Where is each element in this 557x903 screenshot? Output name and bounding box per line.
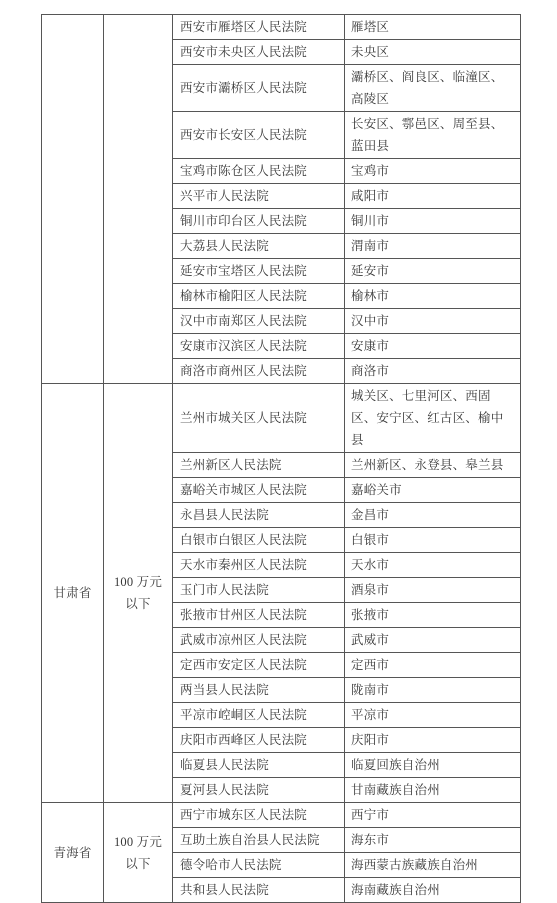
jurisdiction-region-cell: 天水市 [345, 553, 521, 578]
court-name-cell: 嘉峪关市城区人民法院 [173, 478, 345, 503]
jurisdiction-region-cell: 兰州新区、永登县、皋兰县 [345, 453, 521, 478]
court-name-cell: 安康市汉滨区人民法院 [173, 334, 345, 359]
province-cell: 青海省 [42, 803, 104, 903]
amount-threshold-line: 以下 [106, 853, 170, 875]
court-jurisdiction-table: 西安市雁塔区人民法院雁塔区西安市未央区人民法院未央区西安市灞桥区人民法院灞桥区、… [41, 14, 521, 903]
amount-threshold-cell: 100 万元以下 [104, 803, 173, 903]
table-row: 西安市雁塔区人民法院雁塔区 [42, 15, 521, 40]
jurisdiction-region-cell: 雁塔区 [345, 15, 521, 40]
jurisdiction-region-cell: 延安市 [345, 259, 521, 284]
court-name-cell: 临夏县人民法院 [173, 753, 345, 778]
jurisdiction-region-cell: 临夏回族自治州 [345, 753, 521, 778]
jurisdiction-region-cell: 酒泉市 [345, 578, 521, 603]
jurisdiction-region-cell: 西宁市 [345, 803, 521, 828]
jurisdiction-region-cell: 宝鸡市 [345, 159, 521, 184]
court-name-cell: 宝鸡市陈仓区人民法院 [173, 159, 345, 184]
jurisdiction-region-cell: 海东市 [345, 828, 521, 853]
court-name-cell: 延安市宝塔区人民法院 [173, 259, 345, 284]
table-body: 西安市雁塔区人民法院雁塔区西安市未央区人民法院未央区西安市灞桥区人民法院灞桥区、… [42, 15, 521, 903]
court-name-cell: 玉门市人民法院 [173, 578, 345, 603]
court-name-cell: 武威市凉州区人民法院 [173, 628, 345, 653]
document-page: 西安市雁塔区人民法院雁塔区西安市未央区人民法院未央区西安市灞桥区人民法院灞桥区、… [41, 14, 521, 903]
court-name-cell: 商洛市商州区人民法院 [173, 359, 345, 384]
court-name-cell: 夏河县人民法院 [173, 778, 345, 803]
court-name-cell: 张掖市甘州区人民法院 [173, 603, 345, 628]
jurisdiction-region-cell: 汉中市 [345, 309, 521, 334]
jurisdiction-region-cell: 长安区、鄠邑区、周至县、蓝田县 [345, 112, 521, 159]
jurisdiction-region-cell: 城关区、七里河区、西固区、安宁区、红古区、榆中县 [345, 384, 521, 453]
court-name-cell: 平凉市崆峒区人民法院 [173, 703, 345, 728]
court-name-cell: 西安市灞桥区人民法院 [173, 65, 345, 112]
jurisdiction-region-cell: 白银市 [345, 528, 521, 553]
court-name-cell: 定西市安定区人民法院 [173, 653, 345, 678]
jurisdiction-region-cell: 渭南市 [345, 234, 521, 259]
amount-threshold-line: 以下 [106, 593, 170, 615]
court-name-cell: 榆林市榆阳区人民法院 [173, 284, 345, 309]
court-name-cell: 共和县人民法院 [173, 878, 345, 903]
court-name-cell: 永昌县人民法院 [173, 503, 345, 528]
jurisdiction-region-cell: 榆林市 [345, 284, 521, 309]
jurisdiction-region-cell: 安康市 [345, 334, 521, 359]
jurisdiction-region-cell: 张掖市 [345, 603, 521, 628]
jurisdiction-region-cell: 海南藏族自治州 [345, 878, 521, 903]
court-name-cell: 兴平市人民法院 [173, 184, 345, 209]
table-row: 青海省100 万元以下西宁市城东区人民法院西宁市 [42, 803, 521, 828]
amount-threshold-line: 100 万元 [106, 571, 170, 593]
court-name-cell: 两当县人民法院 [173, 678, 345, 703]
table-row: 甘肃省100 万元以下兰州市城关区人民法院城关区、七里河区、西固区、安宁区、红古… [42, 384, 521, 453]
amount-threshold-line: 100 万元 [106, 831, 170, 853]
court-name-cell: 大荔县人民法院 [173, 234, 345, 259]
jurisdiction-region-cell: 平凉市 [345, 703, 521, 728]
court-name-cell: 兰州新区人民法院 [173, 453, 345, 478]
court-name-cell: 德令哈市人民法院 [173, 853, 345, 878]
jurisdiction-region-cell: 金昌市 [345, 503, 521, 528]
jurisdiction-region-cell: 庆阳市 [345, 728, 521, 753]
jurisdiction-region-cell: 未央区 [345, 40, 521, 65]
court-name-cell: 西宁市城东区人民法院 [173, 803, 345, 828]
jurisdiction-region-cell: 海西蒙古族藏族自治州 [345, 853, 521, 878]
jurisdiction-region-cell: 铜川市 [345, 209, 521, 234]
province-cell [42, 15, 104, 384]
court-name-cell: 白银市白银区人民法院 [173, 528, 345, 553]
court-name-cell: 互助土族自治县人民法院 [173, 828, 345, 853]
court-name-cell: 铜川市印台区人民法院 [173, 209, 345, 234]
amount-threshold-cell: 100 万元以下 [104, 384, 173, 803]
jurisdiction-region-cell: 灞桥区、阎良区、临潼区、高陵区 [345, 65, 521, 112]
court-name-cell: 庆阳市西峰区人民法院 [173, 728, 345, 753]
jurisdiction-region-cell: 甘南藏族自治州 [345, 778, 521, 803]
court-name-cell: 西安市长安区人民法院 [173, 112, 345, 159]
court-name-cell: 西安市雁塔区人民法院 [173, 15, 345, 40]
court-name-cell: 汉中市南郑区人民法院 [173, 309, 345, 334]
jurisdiction-region-cell: 陇南市 [345, 678, 521, 703]
court-name-cell: 西安市未央区人民法院 [173, 40, 345, 65]
court-name-cell: 天水市秦州区人民法院 [173, 553, 345, 578]
jurisdiction-region-cell: 定西市 [345, 653, 521, 678]
court-name-cell: 兰州市城关区人民法院 [173, 384, 345, 453]
jurisdiction-region-cell: 嘉峪关市 [345, 478, 521, 503]
jurisdiction-region-cell: 商洛市 [345, 359, 521, 384]
amount-threshold-cell [104, 15, 173, 384]
province-cell: 甘肃省 [42, 384, 104, 803]
jurisdiction-region-cell: 武威市 [345, 628, 521, 653]
jurisdiction-region-cell: 咸阳市 [345, 184, 521, 209]
